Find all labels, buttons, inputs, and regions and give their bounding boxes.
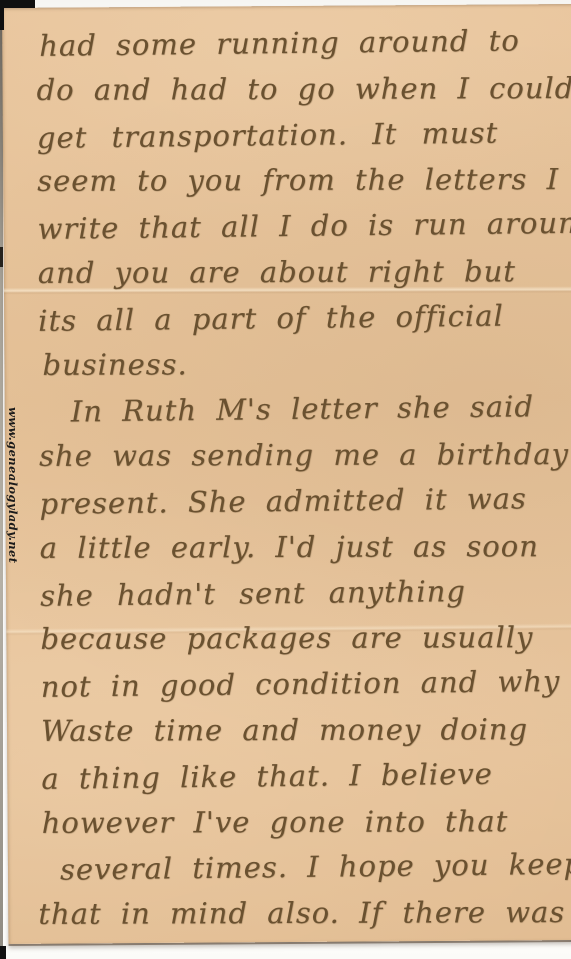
handwritten-line: however I've gone into that [8, 798, 571, 846]
handwritten-line: Waste time and money doing [7, 706, 571, 754]
handwritten-line: its all a part of the official [4, 292, 571, 344]
handwritten-line: several times. I hope you keep [8, 841, 571, 893]
handwritten-line: because packages are usually [6, 614, 571, 662]
handwritten-line: get transportation. It must [3, 108, 571, 160]
handwritten-line: present. She admitted it was [5, 475, 571, 527]
watermark-text: www.genealogylady.net [6, 407, 20, 563]
handwritten-line: not in good condition and why [6, 658, 571, 710]
handwritten-line: she was sending me a birthday [5, 431, 571, 479]
handwritten-line: and you are about right but [4, 248, 571, 296]
handwritten-line: a thing like that. I believe [7, 749, 571, 801]
handwritten-line: do and had to go when I could [2, 65, 571, 113]
scan-artifact-left-tick [0, 247, 3, 267]
handwritten-line: had some running around to [2, 17, 571, 69]
handwritten-line: that in mind also. If there was [8, 889, 571, 937]
letter-body: had some running around to do and had to… [2, 18, 571, 938]
handwritten-line: business. [4, 340, 571, 388]
scanned-letter-image: had some running around to do and had to… [0, 0, 571, 959]
handwritten-line: In Ruth M's letter she said [5, 383, 571, 435]
scan-artifact-top-left-edge [0, 0, 4, 30]
handwritten-line: she hadn't sent anything [6, 566, 571, 618]
scan-artifact-bottom-left [0, 946, 6, 959]
handwritten-line: a little early. I'd just as soon [6, 523, 571, 571]
scan-artifact-top-left [0, 0, 35, 8]
letter-page: had some running around to do and had to… [2, 4, 571, 944]
handwritten-line: seem to you from the letters I [3, 156, 571, 204]
handwritten-line: write that all I do is run around [3, 200, 571, 252]
